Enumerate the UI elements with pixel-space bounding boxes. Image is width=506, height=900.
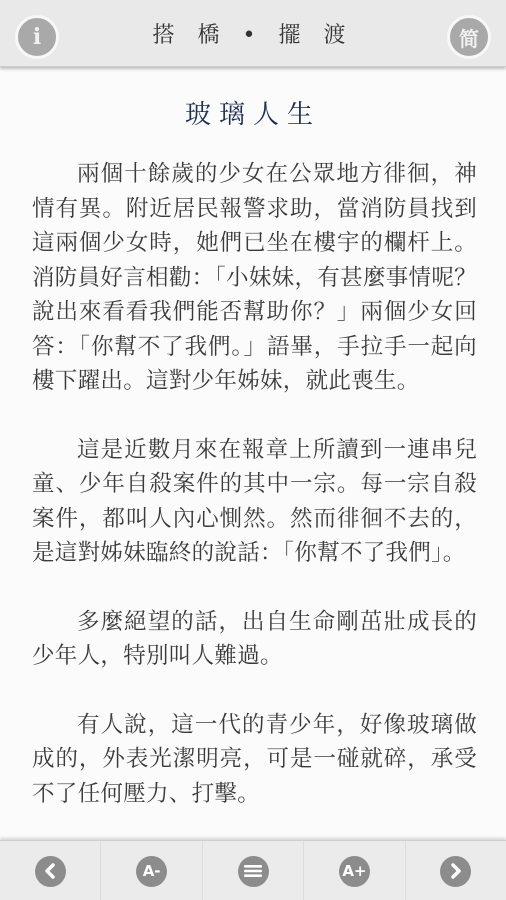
menu-button[interactable] (203, 841, 304, 900)
previous-button[interactable] (0, 841, 101, 900)
simplified-chinese-icon: 简 (459, 23, 479, 52)
simplified-chinese-button[interactable]: 简 (447, 15, 491, 59)
app-header: i 搭 橋 • 擺 渡 简 (0, 0, 506, 67)
article-paragraph: 這是近數月來在報章上所讀到一連串兒童、少年自殺案件的其中一宗。每一宗自殺案件，都… (32, 433, 477, 571)
chevron-right-icon (440, 856, 471, 887)
chevron-left-icon (35, 856, 66, 887)
decrease-font-button[interactable]: A- (101, 841, 202, 900)
font-decrease-label: A- (143, 862, 161, 880)
increase-font-button[interactable]: A+ (304, 841, 405, 900)
article-title: 玻璃人生 (0, 94, 506, 131)
article-paragraph: 有人說，這一代的青少年，好像玻璃做成的，外表光潔明亮，可是一碰就碎，承受不了任何… (32, 708, 477, 812)
font-decrease-icon: A- (136, 856, 167, 887)
next-button[interactable] (406, 841, 506, 900)
article-content[interactable]: 玻璃人生 兩個十餘歲的少女在公眾地方徘徊，神情有異。附近居民報警求助，當消防員找… (0, 67, 506, 840)
article-paragraph: 多麼絕望的話，出自生命剛茁壯成長的少年人，特別叫人難過。 (32, 605, 477, 674)
bottom-toolbar: A- A+ (0, 840, 506, 900)
app-title: 搭 橋 • 擺 渡 (0, 18, 506, 49)
font-increase-label: A+ (342, 862, 366, 880)
menu-icon (238, 856, 269, 887)
article-paragraph: 兩個十餘歲的少女在公眾地方徘徊，神情有異。附近居民報警求助，當消防員找到這兩個少… (32, 157, 477, 399)
font-increase-icon: A+ (339, 856, 370, 887)
